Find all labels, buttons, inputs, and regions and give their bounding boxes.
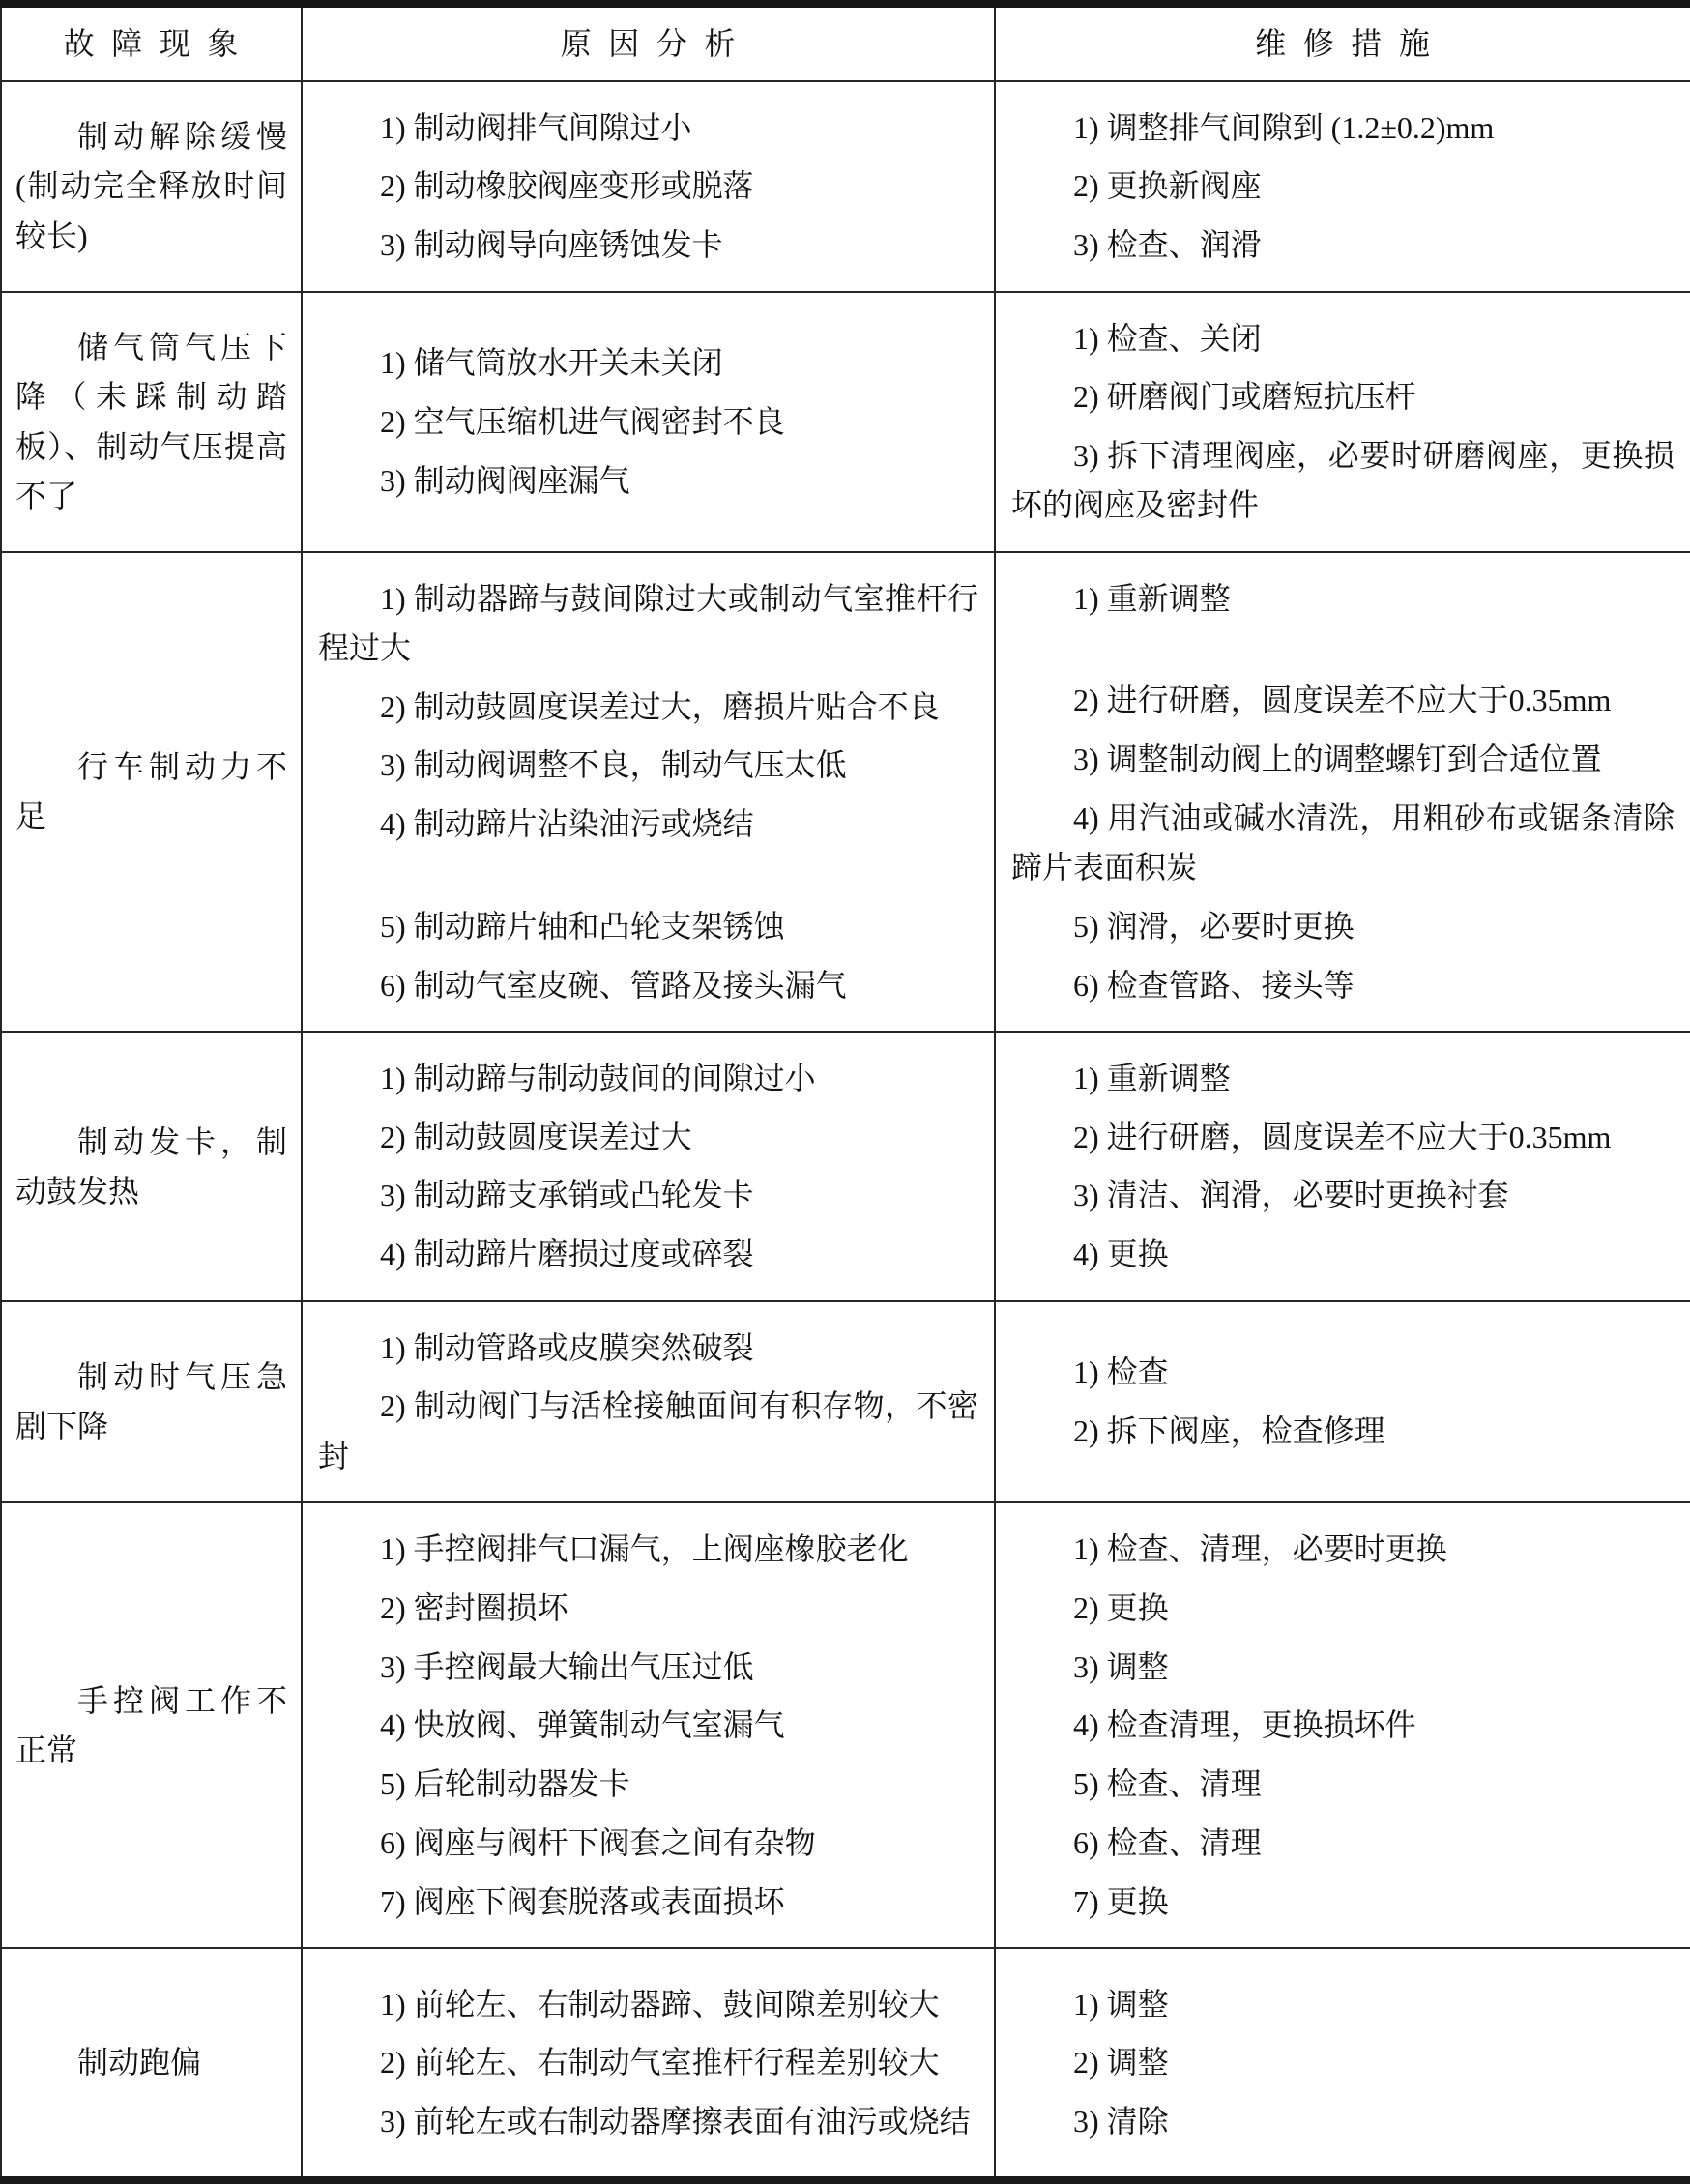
cause-item: 1) 储气筒放水开关未关闭: [318, 338, 978, 388]
table-row: 手控阀工作不正常1) 手控阀排气口漏气，上阀座橡胶老化2) 密封圈损坏3) 手控…: [1, 1502, 1690, 1948]
table-row: 储气筒气压下降（未踩制动踏板）、制动气压提高不了1) 储气筒放水开关未关闭2) …: [1, 292, 1690, 552]
document-page: 故障现象 原因分析 维修措施 制动解除缓慢 (制动完全释放时间较长)1) 制动阀…: [0, 0, 1690, 2184]
measure-item: 1) 调整: [1011, 1980, 1675, 2029]
cause-item: 4) 快放阀、弹簧制动气室漏气: [318, 1701, 978, 1750]
table-row: 制动发卡，制动鼓发热1) 制动蹄与制动鼓间的间隙过小2) 制动鼓圆度误差过大3)…: [1, 1032, 1690, 1301]
phenomenon-text: 制动解除缓慢 (制动完全释放时间较长): [15, 112, 287, 261]
measure-item: 1) 检查: [1011, 1348, 1675, 1397]
measure-item: 1) 检查、清理，必要时更换: [1011, 1525, 1675, 1574]
cause-item: 2) 制动鼓圆度误差过大，磨损片贴合不良: [318, 683, 978, 732]
header-cause-analysis: 原因分析: [302, 4, 995, 81]
phenomenon-text: 手控阀工作不正常: [15, 1676, 287, 1775]
measure-item: 5) 润滑，必要时更换: [1011, 902, 1675, 951]
cause-item: 1) 制动管路或皮膜突然破裂: [318, 1324, 978, 1373]
phenomenon-text: 制动时气压急剧下降: [15, 1353, 287, 1451]
cause-item: 3) 前轮左或右制动器摩擦表面有油污或烧结: [318, 2097, 978, 2146]
measure-item: 3) 拆下清理阀座，必要时研磨阀座，更换损坏的阀座及密封件: [1011, 431, 1675, 530]
cause-item: 5) 后轮制动器发卡: [318, 1760, 978, 1809]
cause-item: 7) 阀座下阀套脱落或表面损坏: [318, 1878, 978, 1927]
measure-item: 3) 清洁、润滑，必要时更换衬套: [1011, 1171, 1675, 1220]
measures-cell: 1) 检查2) 拆下阀座，检查修理: [995, 1301, 1690, 1502]
phenomenon-cell: 制动时气压急剧下降: [1, 1301, 302, 1502]
measures-cell: 1) 重新调整2) 进行研磨，圆度误差不应大于0.35mm3) 清洁、润滑，必要…: [995, 1032, 1690, 1301]
table-header-row: 故障现象 原因分析 维修措施: [1, 4, 1690, 81]
causes-cell: 1) 制动管路或皮膜突然破裂2) 制动阀门与活栓接触面间有积存物，不密封: [302, 1301, 995, 1502]
causes-cell: 1) 制动蹄与制动鼓间的间隙过小2) 制动鼓圆度误差过大3) 制动蹄支承销或凸轮…: [302, 1032, 995, 1301]
measure-item: 7) 更换: [1011, 1878, 1675, 1927]
cause-item: 2) 制动阀门与活栓接触面间有积存物，不密封: [318, 1382, 978, 1480]
cause-item: 2) 前轮左、右制动气室推杆行程差别较大: [318, 2038, 978, 2087]
measure-item: 1) 重新调整: [1011, 1054, 1675, 1103]
measure-item: 6) 检查管路、接头等: [1011, 961, 1675, 1010]
phenomenon-text: 制动跑偏: [15, 2038, 287, 2087]
phenomenon-cell: 制动解除缓慢 (制动完全释放时间较长): [1, 81, 302, 292]
cause-item: 3) 制动蹄支承销或凸轮发卡: [318, 1171, 978, 1220]
causes-cell: 1) 制动器蹄与鼓间隙过大或制动气室推杆行程过大2) 制动鼓圆度误差过大，磨损片…: [302, 552, 995, 1032]
measures-cell: 1) 检查、关闭2) 研磨阀门或磨短抗压杆3) 拆下清理阀座，必要时研磨阀座，更…: [995, 292, 1690, 552]
cause-item: 2) 空气压缩机进气阀密封不良: [318, 397, 978, 447]
cause-item: 5) 制动蹄片轴和凸轮支架锈蚀: [318, 902, 978, 951]
cause-item: 2) 制动橡胶阀座变形或脱落: [318, 161, 978, 211]
header-fault-phenomenon: 故障现象: [1, 4, 302, 81]
cause-item: 6) 阀座与阀杆下阀套之间有杂物: [318, 1819, 978, 1868]
table-row: 制动解除缓慢 (制动完全释放时间较长)1) 制动阀排气间隙过小2) 制动橡胶阀座…: [1, 81, 1690, 292]
cause-item: 3) 制动阀调整不良，制动气压太低: [318, 741, 978, 790]
measure-item: 2) 调整: [1011, 2038, 1675, 2087]
cause-item: 1) 手控阀排气口漏气，上阀座橡胶老化: [318, 1525, 978, 1574]
measure-item: 1) 检查、关闭: [1011, 314, 1675, 364]
cause-item: 1) 制动蹄与制动鼓间的间隙过小: [318, 1054, 978, 1103]
measure-item: 4) 更换: [1011, 1230, 1675, 1279]
measures-cell: 1) 调整排气间隙到 (1.2±0.2)mm2) 更换新阀座3) 检查、润滑: [995, 81, 1690, 292]
fault-table-body: 制动解除缓慢 (制动完全释放时间较长)1) 制动阀排气间隙过小2) 制动橡胶阀座…: [1, 81, 1690, 2180]
cause-item: 4) 制动蹄片沾染油污或烧结: [318, 800, 978, 849]
cause-item: 4) 制动蹄片磨损过度或碎裂: [318, 1230, 978, 1279]
cause-item: 1) 前轮左、右制动器蹄、鼓间隙差别较大: [318, 1980, 978, 2029]
measure-item: 3) 调整: [1011, 1643, 1675, 1692]
measures-cell: 1) 重新调整2) 进行研磨，圆度误差不应大于0.35mm3) 调整制动阀上的调…: [995, 552, 1690, 1032]
fault-diagnosis-table: 故障现象 原因分析 维修措施 制动解除缓慢 (制动完全释放时间较长)1) 制动阀…: [0, 0, 1690, 2184]
measure-item: 4) 用汽油或碱水清洗，用粗砂布或锯条清除蹄片表面积炭: [1011, 794, 1675, 892]
measure-item: 1) 调整排气间隙到 (1.2±0.2)mm: [1011, 103, 1675, 153]
phenomenon-cell: 行车制动力不足: [1, 552, 302, 1032]
measures-cell: 1) 检查、清理，必要时更换2) 更换3) 调整4) 检查清理，更换损坏件5) …: [995, 1502, 1690, 1948]
cause-item: 3) 制动阀导向座锈蚀发卡: [318, 220, 978, 270]
measure-item: 3) 清除: [1011, 2097, 1675, 2146]
measure-item: 2) 进行研磨，圆度误差不应大于0.35mm: [1011, 1113, 1675, 1162]
cause-item: 3) 手控阀最大输出气压过低: [318, 1643, 978, 1692]
cause-item: 2) 密封圈损坏: [318, 1584, 978, 1633]
phenomenon-text: 制动发卡，制动鼓发热: [15, 1118, 287, 1216]
table-row: 行车制动力不足1) 制动器蹄与鼓间隙过大或制动气室推杆行程过大2) 制动鼓圆度误…: [1, 552, 1690, 1032]
table-row: 制动跑偏1) 前轮左、右制动器蹄、鼓间隙差别较大2) 前轮左、右制动气室推杆行程…: [1, 1948, 1690, 2180]
measure-item: 2) 更换新阀座: [1011, 161, 1675, 211]
cause-item: 3) 制动阀阀座漏气: [318, 456, 978, 506]
cause-item: 1) 制动器蹄与鼓间隙过大或制动气室推杆行程过大: [318, 574, 978, 673]
cause-item: 6) 制动气室皮碗、管路及接头漏气: [318, 961, 978, 1010]
phenomenon-text: 行车制动力不足: [15, 743, 287, 841]
measure-item: 2) 拆下阀座，检查修理: [1011, 1407, 1675, 1456]
measures-cell: 1) 调整2) 调整3) 清除: [995, 1948, 1690, 2180]
causes-cell: 1) 储气筒放水开关未关闭2) 空气压缩机进气阀密封不良3) 制动阀阀座漏气: [302, 292, 995, 552]
cause-item: 2) 制动鼓圆度误差过大: [318, 1113, 978, 1162]
phenomenon-text: 储气筒气压下降（未踩制动踏板）、制动气压提高不了: [15, 323, 287, 521]
measure-item: 3) 检查、润滑: [1011, 220, 1675, 270]
measure-item: 2) 更换: [1011, 1584, 1675, 1633]
measure-item: 3) 调整制动阀上的调整螺钉到合适位置: [1011, 735, 1675, 784]
measure-item: 2) 研磨阀门或磨短抗压杆: [1011, 372, 1675, 422]
measure-item: 2) 进行研磨，圆度误差不应大于0.35mm: [1011, 676, 1675, 725]
cause-item: 1) 制动阀排气间隙过小: [318, 103, 978, 153]
table-row: 制动时气压急剧下降1) 制动管路或皮膜突然破裂2) 制动阀门与活栓接触面间有积存…: [1, 1301, 1690, 1502]
causes-cell: 1) 制动阀排气间隙过小2) 制动橡胶阀座变形或脱落3) 制动阀导向座锈蚀发卡: [302, 81, 995, 292]
phenomenon-cell: 制动跑偏: [1, 1948, 302, 2180]
measure-item: 5) 检查、清理: [1011, 1760, 1675, 1809]
phenomenon-cell: 制动发卡，制动鼓发热: [1, 1032, 302, 1301]
causes-cell: 1) 前轮左、右制动器蹄、鼓间隙差别较大2) 前轮左、右制动气室推杆行程差别较大…: [302, 1948, 995, 2180]
phenomenon-cell: 储气筒气压下降（未踩制动踏板）、制动气压提高不了: [1, 292, 302, 552]
header-repair-measures: 维修措施: [995, 4, 1690, 81]
measure-item: 4) 检查清理，更换损坏件: [1011, 1701, 1675, 1750]
measure-item: 6) 检查、清理: [1011, 1819, 1675, 1868]
causes-cell: 1) 手控阀排气口漏气，上阀座橡胶老化2) 密封圈损坏3) 手控阀最大输出气压过…: [302, 1502, 995, 1948]
measure-item: 1) 重新调整: [1011, 574, 1675, 624]
phenomenon-cell: 手控阀工作不正常: [1, 1502, 302, 1948]
